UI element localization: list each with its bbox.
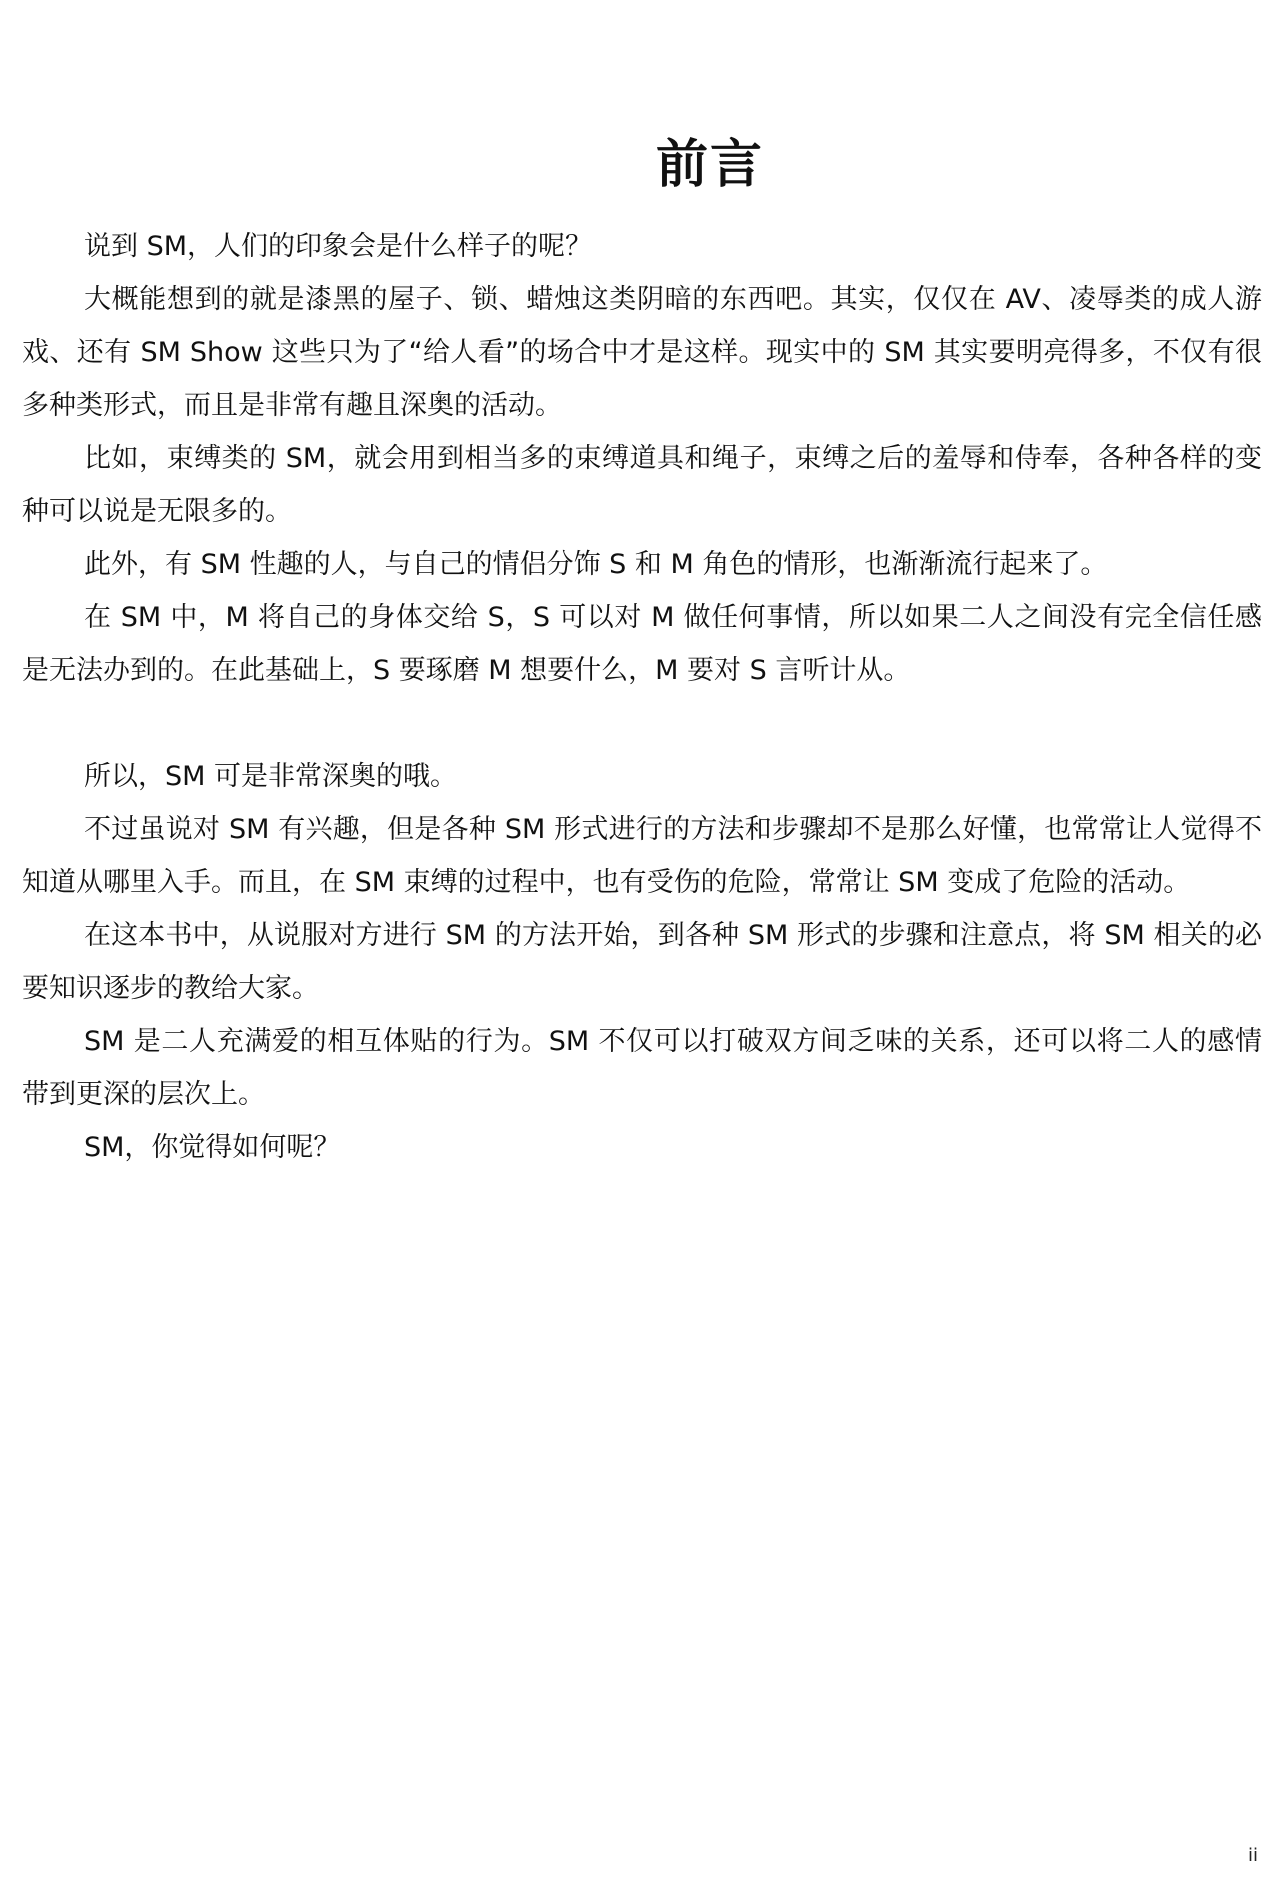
paragraph: 说到 SM，人们的印象会是什么样子的呢？ — [22, 220, 1262, 273]
paragraph: SM，你觉得如何呢？ — [22, 1121, 1262, 1174]
paragraph: 比如，束缚类的 SM，就会用到相当多的束缚道具和绳子，束缚之后的羞辱和侍奉，各种… — [22, 432, 1262, 538]
page-number: ii — [1248, 1845, 1258, 1866]
paragraph: SM 是二人充满爱的相互体贴的行为。SM 不仅可以打破双方间乏味的关系，还可以将… — [22, 1015, 1262, 1121]
preface-body: 说到 SM，人们的印象会是什么样子的呢？ 大概能想到的就是漆黑的屋子、锁、蜡烛这… — [22, 220, 1262, 1174]
paragraph: 此外，有 SM 性趣的人，与自己的情侣分饰 S 和 M 角色的情形，也渐渐流行起… — [22, 538, 1262, 591]
page-title: 前言 — [0, 133, 1280, 197]
paragraph: 所以，SM 可是非常深奥的哦。 — [22, 750, 1262, 803]
paragraph: 不过虽说对 SM 有兴趣，但是各种 SM 形式进行的方法和步骤却不是那么好懂，也… — [22, 803, 1262, 909]
paragraph: 在这本书中，从说服对方进行 SM 的方法开始，到各种 SM 形式的步骤和注意点，… — [22, 909, 1262, 1015]
paragraph: 大概能想到的就是漆黑的屋子、锁、蜡烛这类阴暗的东西吧。其实，仅仅在 AV、凌辱类… — [22, 273, 1262, 432]
paragraph: 在 SM 中，M 将自己的身体交给 S，S 可以对 M 做任何事情，所以如果二人… — [22, 591, 1262, 697]
